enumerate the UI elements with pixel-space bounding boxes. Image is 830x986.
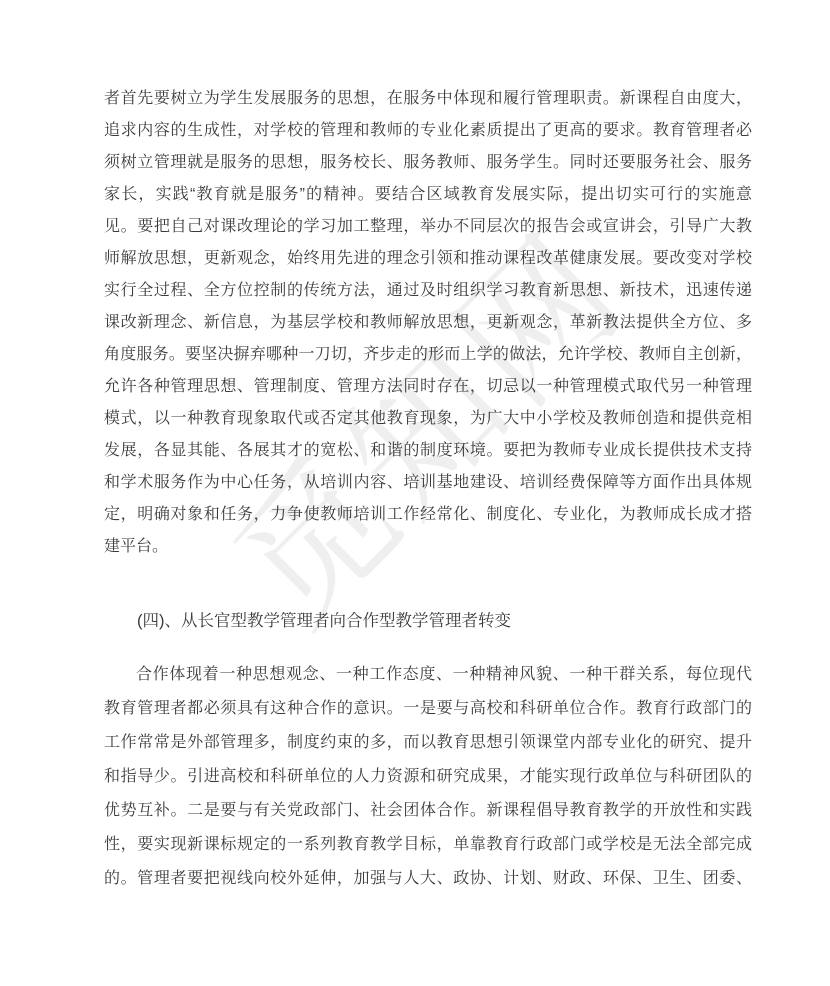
section-heading: (四)、从长官型教学管理者向合作型教学管理者转变 — [104, 605, 752, 637]
text-line: 工作常常是外部管理多，制度约束的多，而以教育思想引领课堂内部专业化的研究、提升 — [104, 726, 752, 760]
text-line: 师解放思想，更新观念，始终用先进的理念引领和推动课程改革健康发展。要改变对学校 — [104, 243, 752, 275]
text-line: 发展，各显其能、各展其才的宽松、和谐的制度环境。要把为教师专业成长提供技术支持 — [104, 435, 752, 467]
text-line: 允许各种管理思想、管理制度、管理方法同时存在，切忌以一种管理模式取代另一种管理 — [104, 371, 752, 403]
document-page: 觅知网 者首先要树立为学生发展服务的思想，在服务中体现和履行管理职责。新课程自由… — [0, 0, 830, 986]
text-line: 课改新理念、新信息，为基层学校和教师解放思想，更新观念，革新教法提供全方位、多 — [104, 307, 752, 339]
text-line: 教育管理者都必须具有这种合作的意识。一是要与高校和科研单位合作。教育行政部门的 — [104, 692, 752, 726]
text-line: 家长，实践“教育就是服务”的精神。要结合区域教育发展实际，提出切实可行的实施意 — [104, 179, 752, 211]
text-line: 和学术服务作为中心任务，从培训内容、培训基地建设、培训经费保障等方面作出具体规 — [104, 467, 752, 499]
text-line: 追求内容的生成性，对学校的管理和教师的专业化素质提出了更高的要求。教育管理者必 — [104, 115, 752, 147]
text-line: 建平台。 — [104, 531, 752, 563]
text-line: 模式，以一种教育现象取代或否定其他教育现象，为广大中小学校及教师创造和提供竞相 — [104, 403, 752, 435]
paragraph-continuation: 者首先要树立为学生发展服务的思想，在服务中体现和履行管理职责。新课程自由度大，追… — [104, 83, 752, 563]
text-line: 者首先要树立为学生发展服务的思想，在服务中体现和履行管理职责。新课程自由度大， — [104, 83, 752, 115]
text-line: 和指导少。引进高校和科研单位的人力资源和研究成果，才能实现行政单位与科研团队的 — [104, 760, 752, 794]
text-line: 角度服务。要坚决摒弃哪种一刀切，齐步走的形而上学的做法，允许学校、教师自主创新， — [104, 339, 752, 371]
text-line: 实行全过程、全方位控制的传统方法，通过及时组织学习教育新思想、新技术，迅速传递 — [104, 275, 752, 307]
text-line: 性，要实现新课标规定的一系列教育教学目标，单靠教育行政部门或学校是无法全部完成 — [104, 828, 752, 862]
text-line: 见。要把自己对课改理论的学习加工整理，举办不同层次的报告会或宣讲会，引导广大教 — [104, 211, 752, 243]
text-line: 合作体现着一种思想观念、一种工作态度、一种精神风貌、一种干群关系，每位现代 — [104, 658, 752, 692]
text-line: 优势互补。二是要与有关党政部门、社会团体合作。新课程倡导教育教学的开放性和实践 — [104, 794, 752, 828]
paragraph-cooperation: 合作体现着一种思想观念、一种工作态度、一种精神风貌、一种干群关系，每位现代教育管… — [104, 658, 752, 896]
text-line: 定，明确对象和任务，力争使教师培训工作经常化、制度化、专业化，为教师成长成才搭 — [104, 499, 752, 531]
text-line: 的。管理者要把视线向校外延伸，加强与人大、政协、计划、财政、环保、卫生、团委、 — [104, 862, 752, 896]
text-line: 须树立管理就是服务的思想，服务校长、服务教师、服务学生。同时还要服务社会、服务 — [104, 147, 752, 179]
